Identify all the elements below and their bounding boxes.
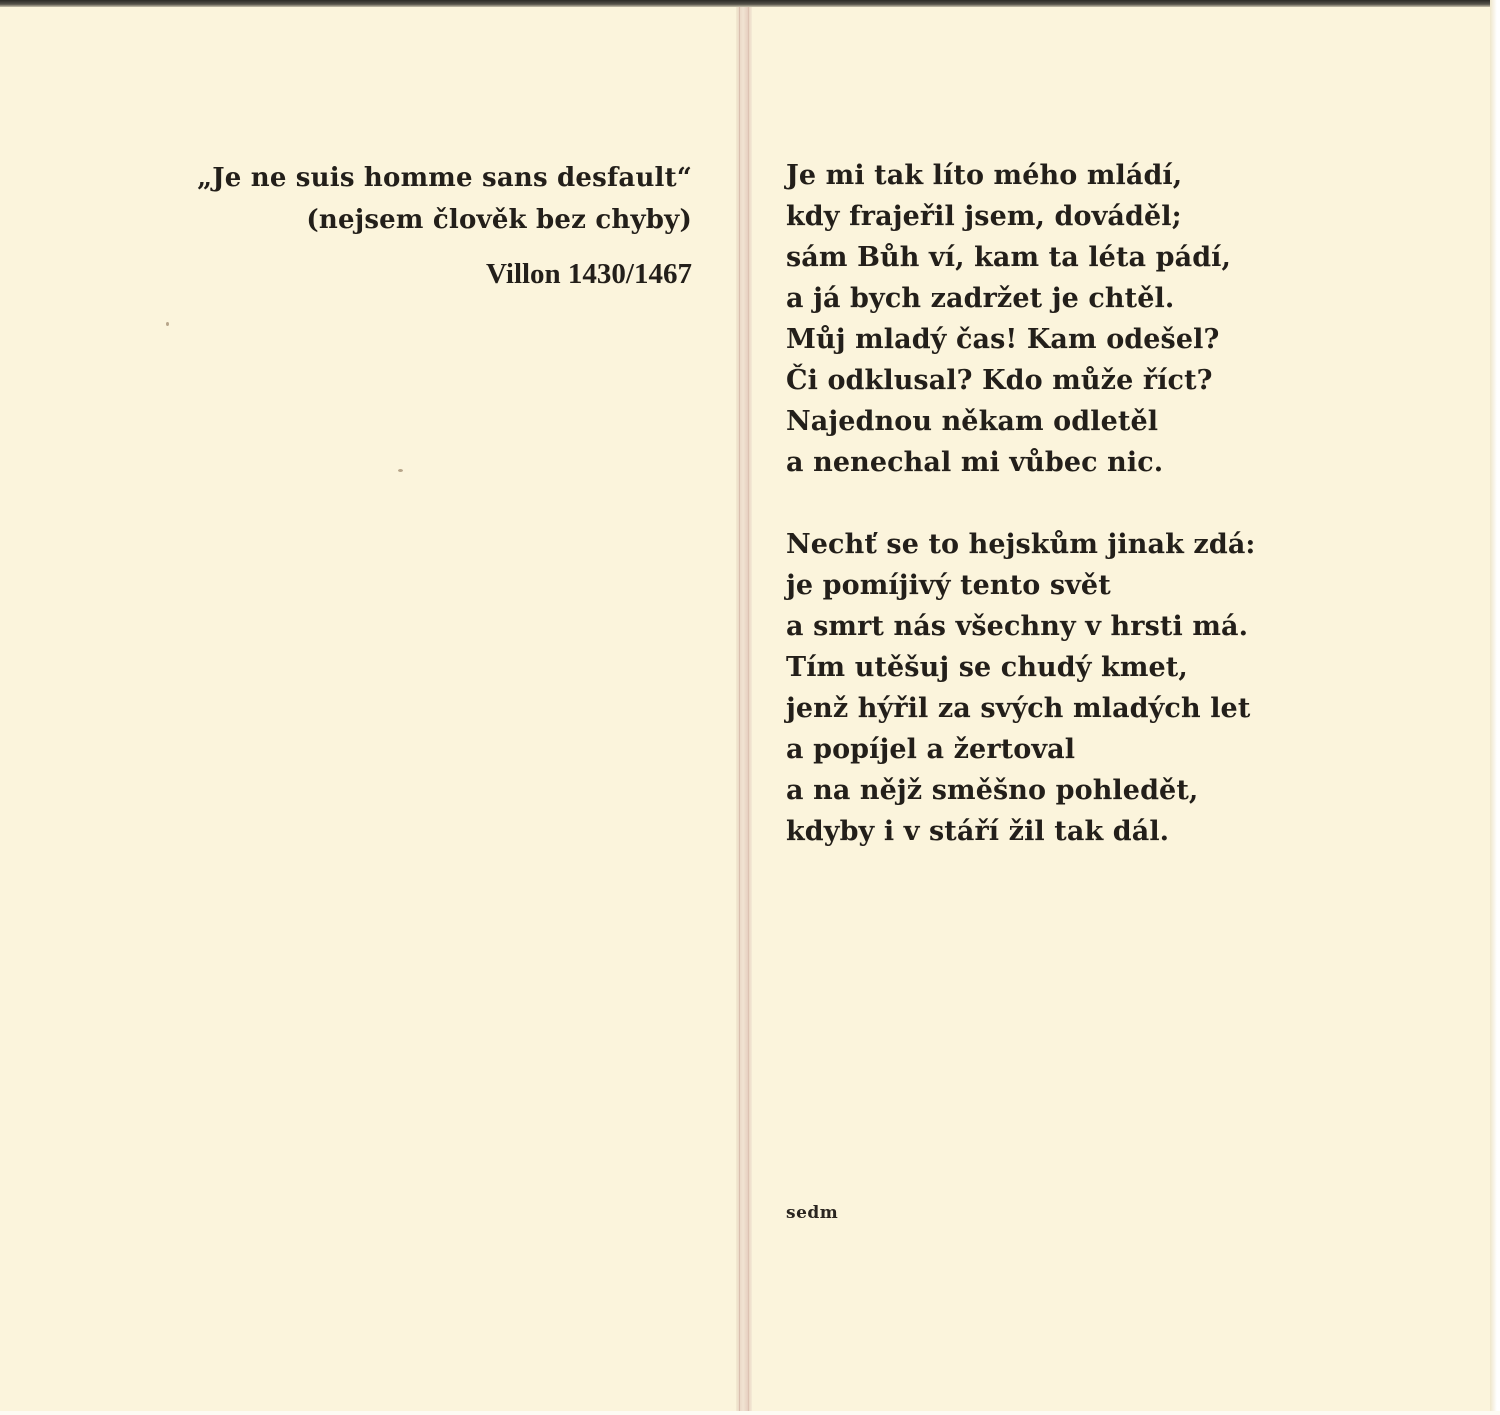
bottom-page-edge (0, 1411, 1500, 1415)
epigraph-quote: „Je ne suis homme sans desfault“ (197, 157, 692, 199)
left-page: „Je ne suis homme sans desfault“ (nejsem… (0, 7, 738, 1411)
poem: Je mi tak líto mého mládí, kdy frajeřil … (786, 155, 1255, 893)
verse-line: kdyby i v stáří žil tak dál. (786, 811, 1255, 852)
stanza-2: Nechť se to hejskům jinak zdá: je pomíji… (786, 524, 1255, 852)
verse-line: Najednou někam odletěl (786, 401, 1255, 442)
right-page: Je mi tak líto mého mládí, kdy frajeřil … (752, 7, 1490, 1411)
epigraph-attribution: Villon 1430/1467 (197, 253, 692, 295)
gutter-fold (736, 7, 752, 1411)
verse-line: kdy frajeřil jsem, dováděl; (786, 196, 1255, 237)
verse-line: a smrt nás všechny v hrsti má. (786, 606, 1255, 647)
verse-line: a nenechal mi vůbec nic. (786, 442, 1255, 483)
verse-line: jenž hýřil za svých mladých let (786, 688, 1255, 729)
verse-line: Tím utěšuj se chudý kmet, (786, 647, 1255, 688)
verse-line: Můj mladý čas! Kam odešel? (786, 319, 1255, 360)
paper-speck (398, 469, 403, 472)
top-edge-shadow (0, 0, 1490, 7)
verse-line: sám Bůh ví, kam ta léta pádí, (786, 237, 1255, 278)
verse-line: a popíjel a žertoval (786, 729, 1255, 770)
verse-line: je pomíjivý tento svět (786, 565, 1255, 606)
epigraph: „Je ne suis homme sans desfault“ (nejsem… (197, 157, 692, 295)
paper-speck (166, 322, 169, 326)
stanza-1: Je mi tak líto mého mládí, kdy frajeřil … (786, 155, 1255, 483)
verse-line: Je mi tak líto mého mládí, (786, 155, 1255, 196)
verse-line: Či odklusal? Kdo může říct? (786, 360, 1255, 401)
verse-line: a já bych zadržet je chtěl. (786, 278, 1255, 319)
right-page-edge (1490, 0, 1500, 1415)
epigraph-translation: (nejsem člověk bez chyby) (197, 199, 692, 241)
page-number: sedm (786, 1203, 838, 1223)
verse-line: Nechť se to hejskům jinak zdá: (786, 524, 1255, 565)
verse-line: a na nějž směšno pohledět, (786, 770, 1255, 811)
book-spread: „Je ne suis homme sans desfault“ (nejsem… (0, 0, 1500, 1415)
